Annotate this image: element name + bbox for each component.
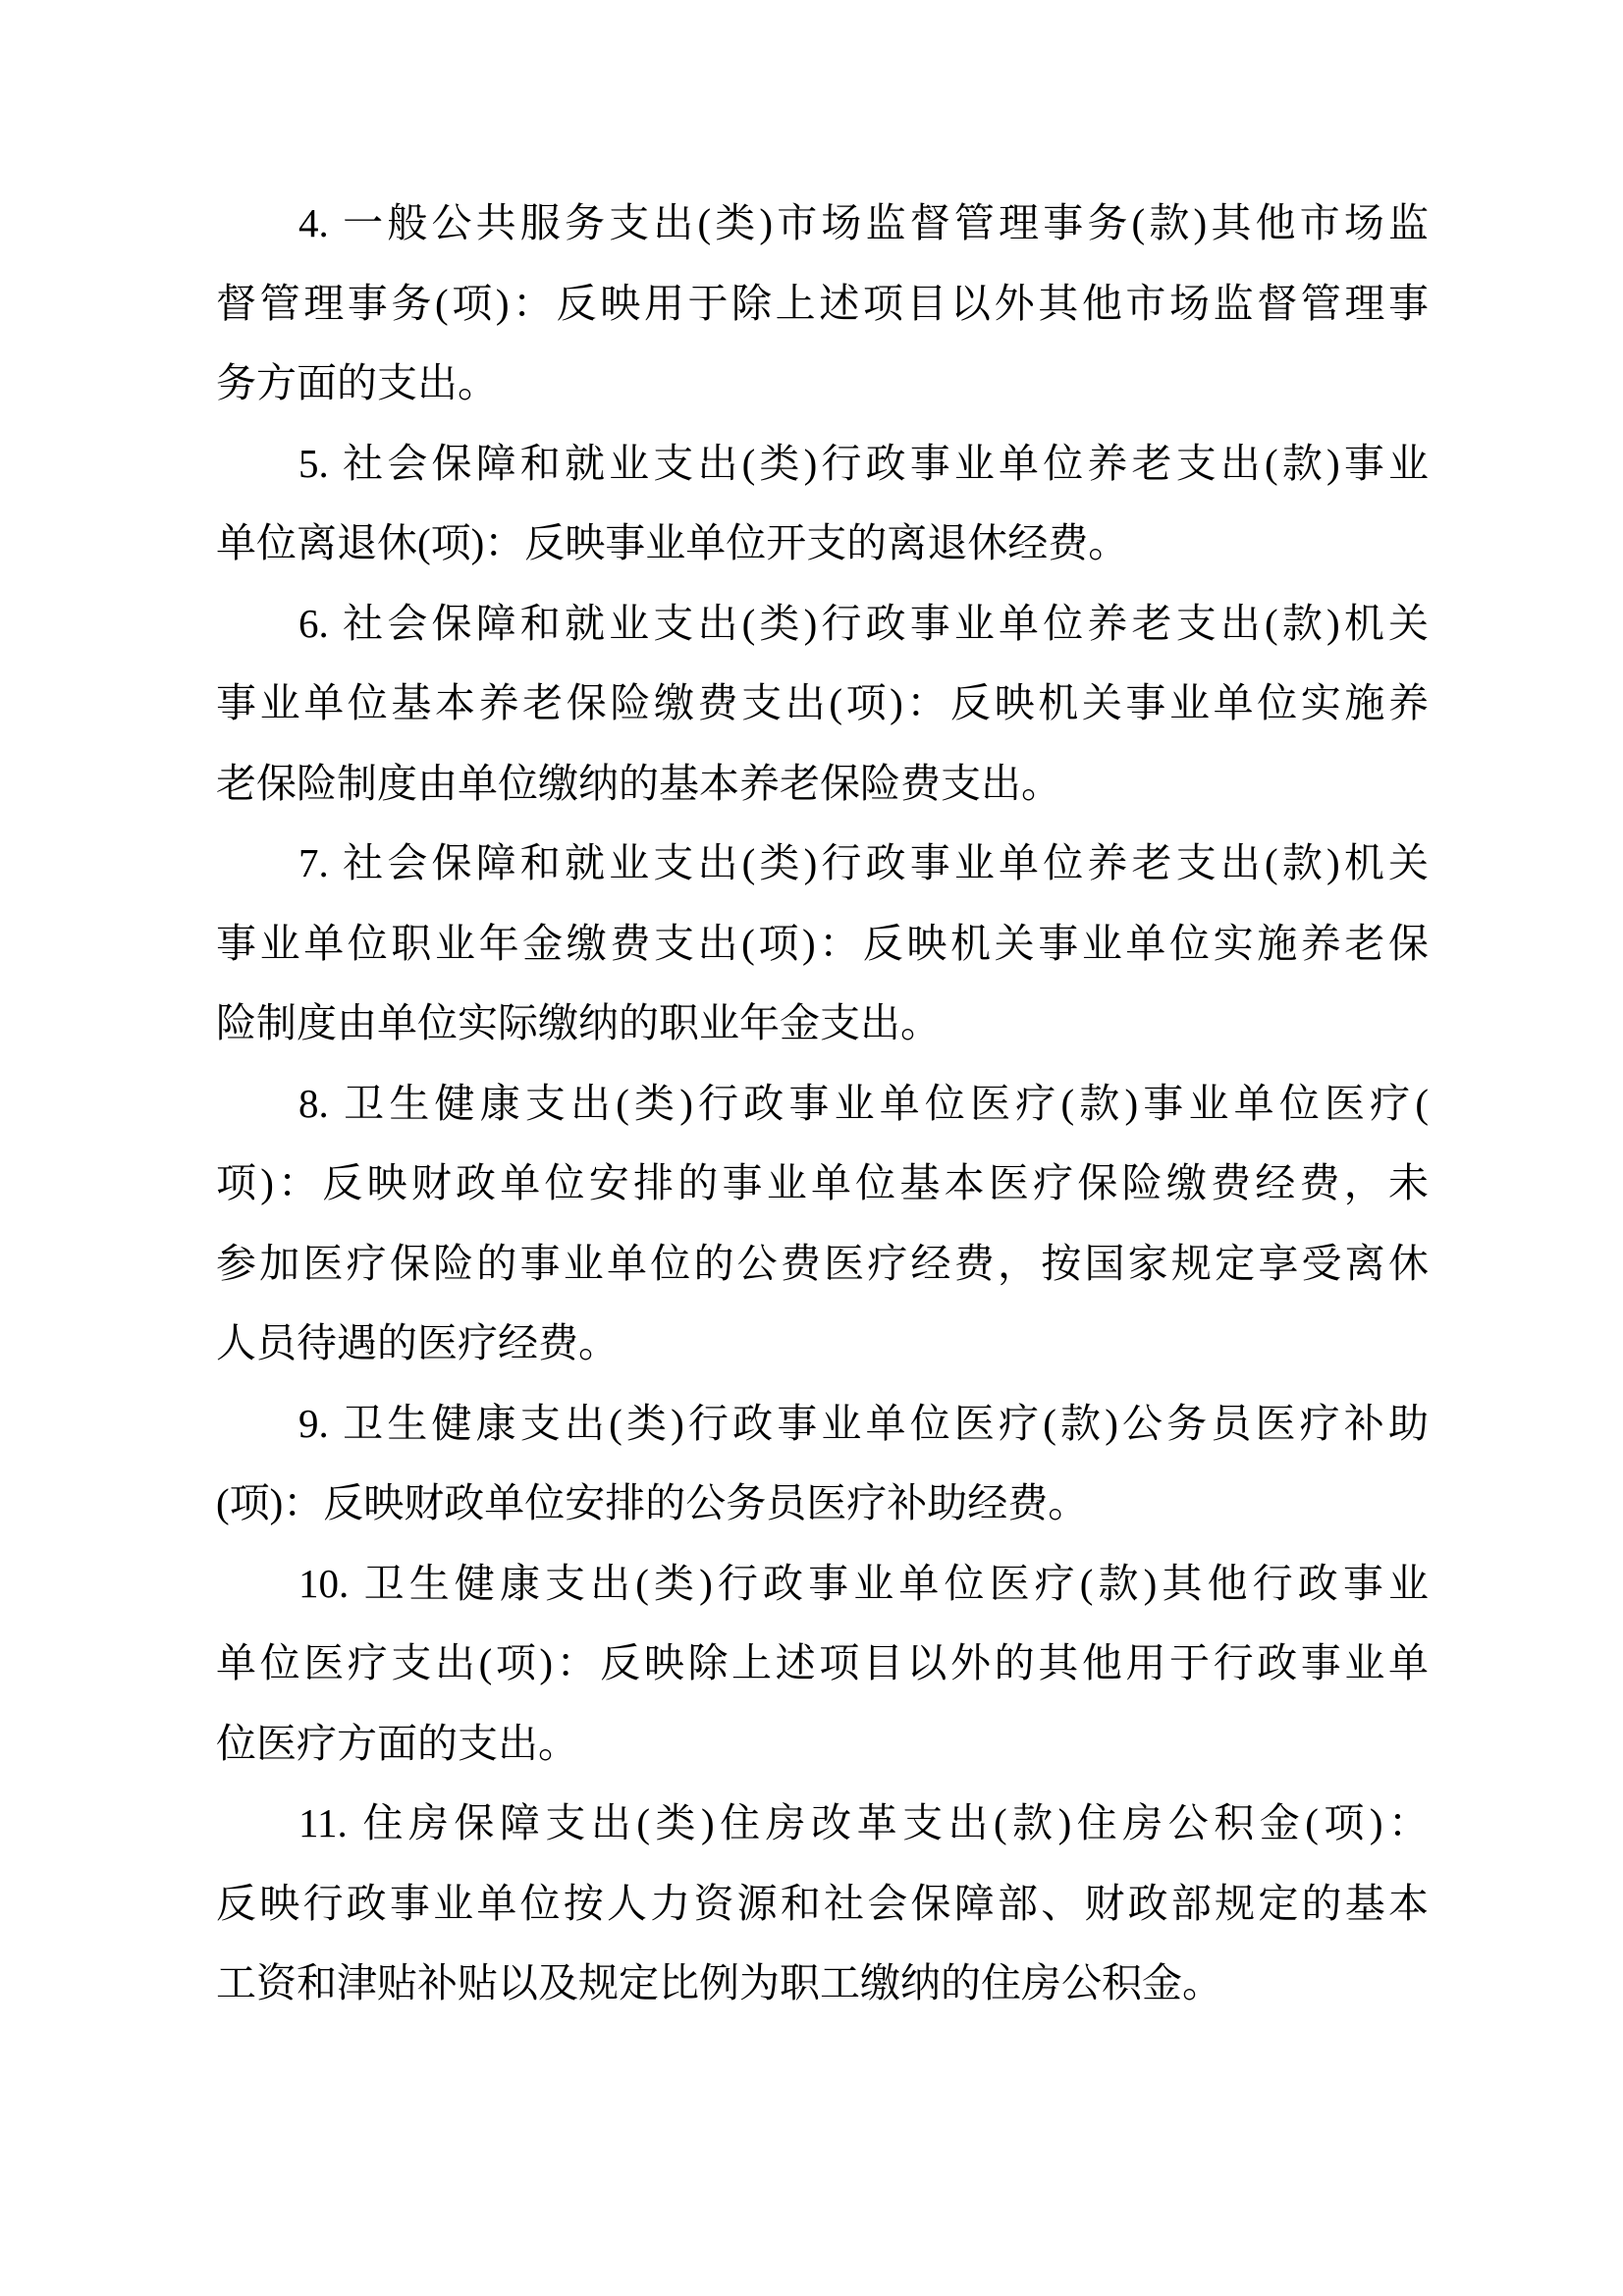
paragraph-11-line-2: 反映行政事业单位按人力资源和社会保障部、财政部规定的基本 — [216, 1864, 1429, 1945]
paragraph-7-line-1: 7. 社会保障和就业支出(类)行政事业单位养老支出(款)机关 — [216, 824, 1429, 904]
document-page: 4. 一般公共服务支出(类)市场监督管理事务(款)其他市场监 督管理事务(项)：… — [0, 0, 1623, 2296]
paragraph-5: 5. 社会保障和就业支出(类)行政事业单位养老支出(款)事业 单位离退休(项)：… — [216, 424, 1429, 584]
paragraph-5-line-2: 单位离退休(项)：反映事业单位开支的离退休经费。 — [216, 504, 1429, 584]
paragraph-10-line-1: 10. 卫生健康支出(类)行政事业单位医疗(款)其他行政事业 — [216, 1544, 1429, 1625]
paragraph-9-line-2: (项)：反映财政单位安排的公务员医疗补助经费。 — [216, 1464, 1429, 1544]
paragraph-8-line-2: 项)：反映财政单位安排的事业单位基本医疗保险缴费经费，未 — [216, 1144, 1429, 1224]
document-text-block: 4. 一般公共服务支出(类)市场监督管理事务(款)其他市场监 督管理事务(项)：… — [216, 184, 1429, 2024]
paragraph-4-line-2: 督管理事务(项)：反映用于除上述项目以外其他市场监督管理事 — [216, 264, 1429, 345]
paragraph-9: 9. 卫生健康支出(类)行政事业单位医疗(款)公务员医疗补助 (项)：反映财政单… — [216, 1384, 1429, 1544]
paragraph-4-line-3: 务方面的支出。 — [216, 344, 1429, 424]
paragraph-10-line-3: 位医疗方面的支出。 — [216, 1704, 1429, 1785]
paragraph-6-line-1: 6. 社会保障和就业支出(类)行政事业单位养老支出(款)机关 — [216, 584, 1429, 665]
paragraph-11-line-3: 工资和津贴补贴以及规定比例为职工缴纳的住房公积金。 — [216, 1944, 1429, 2024]
paragraph-10: 10. 卫生健康支出(类)行政事业单位医疗(款)其他行政事业 单位医疗支出(项)… — [216, 1544, 1429, 1785]
paragraph-11-line-1: 11. 住房保障支出(类)住房改革支出(款)住房公积金(项)： — [216, 1784, 1429, 1864]
paragraph-6-line-2: 事业单位基本养老保险缴费支出(项)：反映机关事业单位实施养 — [216, 664, 1429, 744]
paragraph-5-line-1: 5. 社会保障和就业支出(类)行政事业单位养老支出(款)事业 — [216, 424, 1429, 505]
paragraph-10-line-2: 单位医疗支出(项)：反映除上述项目以外的其他用于行政事业单 — [216, 1624, 1429, 1704]
paragraph-11: 11. 住房保障支出(类)住房改革支出(款)住房公积金(项)： 反映行政事业单位… — [216, 1784, 1429, 2024]
paragraph-7-line-3: 险制度由单位实际缴纳的职业年金支出。 — [216, 984, 1429, 1064]
paragraph-4-line-1: 4. 一般公共服务支出(类)市场监督管理事务(款)其他市场监 — [216, 184, 1429, 264]
paragraph-9-line-1: 9. 卫生健康支出(类)行政事业单位医疗(款)公务员医疗补助 — [216, 1384, 1429, 1465]
paragraph-8: 8. 卫生健康支出(类)行政事业单位医疗(款)事业单位医疗( 项)：反映财政单位… — [216, 1064, 1429, 1384]
paragraph-8-line-1: 8. 卫生健康支出(类)行政事业单位医疗(款)事业单位医疗( — [216, 1064, 1429, 1145]
paragraph-6: 6. 社会保障和就业支出(类)行政事业单位养老支出(款)机关 事业单位基本养老保… — [216, 584, 1429, 825]
paragraph-7: 7. 社会保障和就业支出(类)行政事业单位养老支出(款)机关 事业单位职业年金缴… — [216, 824, 1429, 1064]
paragraph-4: 4. 一般公共服务支出(类)市场监督管理事务(款)其他市场监 督管理事务(项)：… — [216, 184, 1429, 424]
paragraph-6-line-3: 老保险制度由单位缴纳的基本养老保险费支出。 — [216, 744, 1429, 825]
paragraph-8-line-4: 人员待遇的医疗经费。 — [216, 1304, 1429, 1384]
paragraph-8-line-3: 参加医疗保险的事业单位的公费医疗经费，按国家规定享受离休 — [216, 1224, 1429, 1305]
paragraph-7-line-2: 事业单位职业年金缴费支出(项)：反映机关事业单位实施养老保 — [216, 904, 1429, 985]
